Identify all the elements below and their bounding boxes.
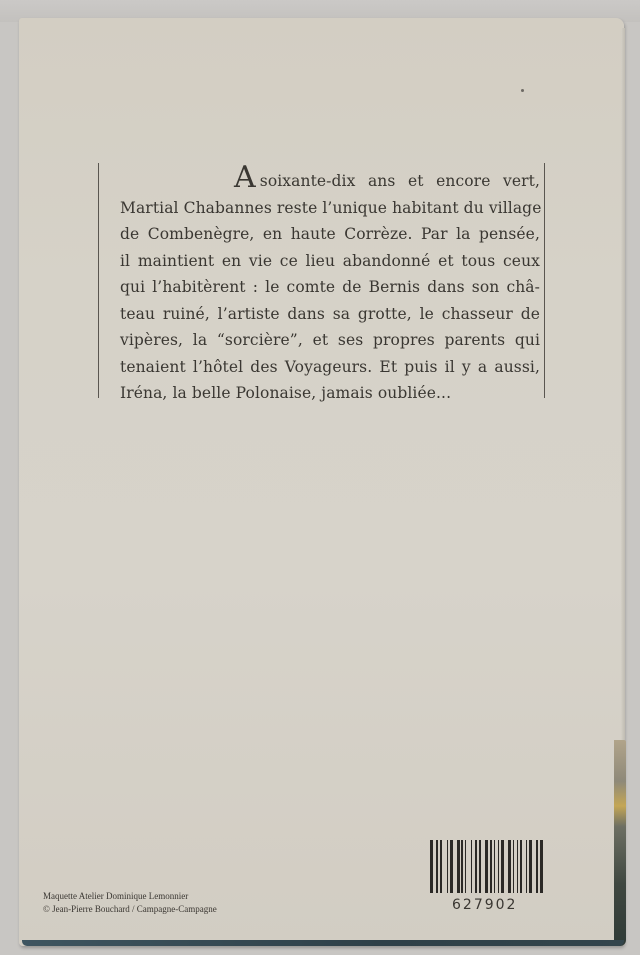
blurb-line: il maintient en vie ce lieu abandonné et…	[120, 248, 540, 275]
blurb-line: de Combenègre, en haute Corrèze. Par la …	[120, 221, 540, 248]
barcode-number: 627902	[452, 897, 517, 913]
cover-right-edge	[621, 28, 625, 743]
blurb-line: teau ruiné, l’artiste dans sa grotte, le…	[120, 301, 540, 328]
book-back-cover	[19, 18, 624, 946]
photo-credit: © Jean-Pierre Bouchard / Campagne-Campag…	[43, 903, 217, 916]
credits: Maquette Atelier Dominique Lemonnier © J…	[43, 890, 217, 915]
blurb-line: qui l’habitèrent : le comte de Bernis da…	[120, 274, 540, 301]
blurb-line: Martial Chabannes reste l’unique habitan…	[120, 195, 540, 222]
blurb-line: tenaient l’hôtel des Voyageurs. Et puis …	[120, 354, 540, 381]
blurb-text: Asoixante-dix ans et encore vert, Martia…	[120, 168, 540, 407]
blurb-line: Asoixante-dix ans et encore vert,	[120, 168, 540, 195]
book-spine-strip	[614, 740, 626, 946]
design-credit: Maquette Atelier Dominique Lemonnier	[43, 890, 217, 903]
barcode	[430, 840, 546, 893]
drop-cap: A	[234, 160, 256, 195]
cover-speck	[521, 89, 524, 92]
book-bottom-edge	[22, 940, 624, 946]
blurb-line: vipères, la “sorcière”, et ses propres p…	[120, 327, 540, 354]
blurb-line: Iréna, la belle Polonaise, jamais oublié…	[120, 380, 540, 407]
